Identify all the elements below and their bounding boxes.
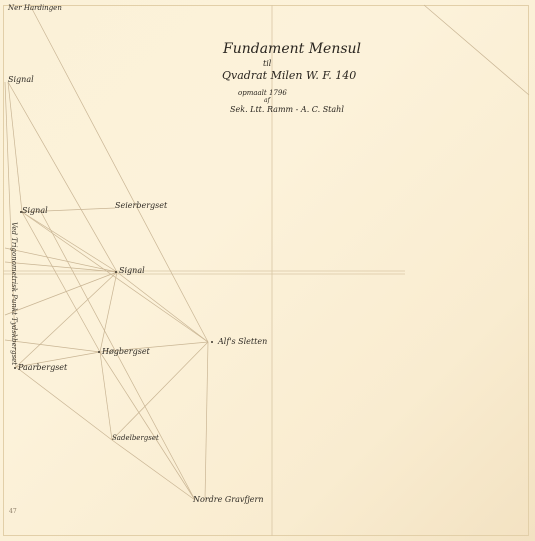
station-label: Signal [8, 76, 34, 84]
station-label: Høgbergset [102, 348, 150, 356]
title-line-1: Fundament Mensul [223, 42, 361, 56]
station-marker [211, 341, 213, 343]
station-marker [115, 271, 117, 273]
title-line-2: til [263, 60, 271, 68]
station-label: Alf's Sletten [218, 338, 267, 346]
side-annotation: Ved Trigonometrisk Punkt Tydskbergset [10, 222, 18, 365]
title-line-4: opmaalt 1796 [238, 90, 287, 97]
title-line-6: Sek. Ltt. Ramm - A. C. Stahl [230, 106, 344, 114]
station-marker [98, 351, 100, 353]
corner-note: 47 [9, 508, 17, 515]
title-line-3: Qvadrat Milen W. F. 140 [222, 70, 356, 81]
station-label: Sadelbergset [112, 435, 159, 442]
station-label: Nordre Gravfjern [193, 496, 264, 504]
station-label: Signal [119, 267, 145, 275]
station-label: Seierbergset [115, 202, 167, 210]
title-line-5: af [264, 98, 270, 104]
station-label: Signal [22, 207, 48, 215]
station-label: Ner Hardingen [8, 5, 62, 12]
map-sheet: Fundament Mensul til Qvadrat Milen W. F.… [0, 0, 535, 541]
station-marker [14, 367, 16, 369]
station-marker [20, 211, 22, 213]
station-label: Paarbergset [18, 364, 67, 372]
